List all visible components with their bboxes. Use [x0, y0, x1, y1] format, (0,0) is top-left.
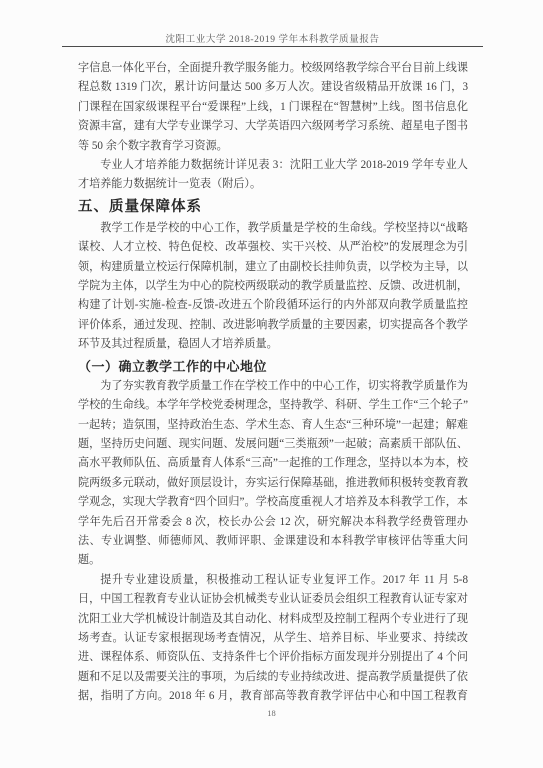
paragraph: 教学工作是学校的中心工作，教学质量是学校的生命线。学校坚持以“战略谋校、人才立校…: [78, 219, 468, 355]
paragraph: 专业人才培养能力数据统计详见表 3：沈阳工业大学 2018-2019 学年专业人…: [78, 156, 468, 195]
header-rule: [62, 46, 483, 47]
paragraph: 为了夯实教育教学质量工作在学校工作中的中心工作，切实将教学质量作为学校的生命线。…: [78, 377, 468, 571]
document-body: 字信息一体化平台，全面提升教学服务能力。校级网络教学综合平台目前上线课程总数 1…: [78, 59, 468, 709]
section-heading: 五、质量保障体系: [78, 198, 468, 216]
page-number: 18: [0, 708, 543, 718]
paragraph: 提升专业建设质量，积极推动工程认证专业复评工作。2017 年 11 月 5-8 …: [78, 571, 468, 709]
paragraph: 字信息一体化平台，全面提升教学服务能力。校级网络教学综合平台目前上线课程总数 1…: [78, 59, 468, 156]
page-header-title: 沈阳工业大学 2018-2019 学年本科教学质量报告: [62, 31, 483, 45]
subsection-heading: （一）确立教学工作的中心地位: [78, 358, 468, 375]
document-page: 沈阳工业大学 2018-2019 学年本科教学质量报告 字信息一体化平台，全面提…: [0, 0, 543, 768]
